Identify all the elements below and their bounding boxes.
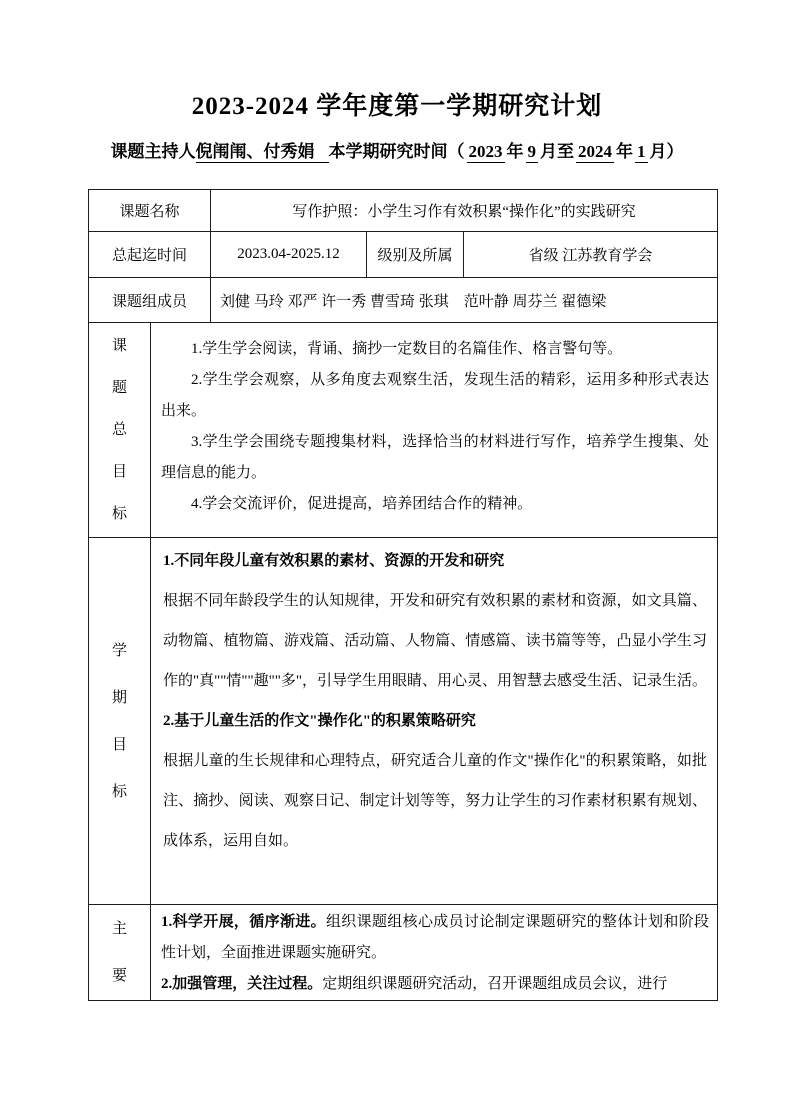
- semester-goal-heading: 2.基于儿童生活的作文"操作化"的积累策略研究: [163, 701, 707, 741]
- level-label: 级别及所属: [367, 232, 464, 278]
- semester-goals-content: 1.不同年段儿童有效积累的素材、资源的开发和研究 根据不同年龄段学生的认知规律，…: [151, 538, 718, 905]
- document-page: 2023-2024 学年度第一学期研究计划 课题主持人倪闱闱、付秀娟本学期研究时…: [0, 0, 794, 1108]
- overall-goal-item: 4.学会交流评价，促进提高，培养团结合作的精神。: [161, 489, 709, 520]
- research-plan-table: 课题名称 写作护照：小学生习作有效积累“操作化”的实践研究 总起迄时间 2023…: [88, 189, 718, 1001]
- end-month-underlined: 1: [635, 142, 648, 163]
- subtitle: 课题主持人倪闱闱、付秀娟本学期研究时间（2023年9月至2024年1月）: [0, 137, 794, 162]
- overall-goal-item: 2.学生学会观察，从多角度去观察生活，发现生活的精彩，运用多种形式表达出来。: [161, 365, 709, 427]
- row-topic-name: 课题名称 写作护照：小学生习作有效积累“操作化”的实践研究: [89, 190, 718, 232]
- topic-name-label: 课题名称: [89, 190, 211, 232]
- members-value: 刘健 马玲 邓严 许一秀 曹雪琦 张琪 范叶静 周芬兰 翟德梁: [211, 278, 718, 323]
- main-measures-label-chars: 主 要: [89, 921, 150, 984]
- start-month-underlined: 9: [526, 142, 539, 163]
- row-duration: 总起迄时间 2023.04-2025.12 级别及所属 省级 江苏教育学会: [89, 232, 718, 278]
- main-measures-label: 主 要: [89, 905, 151, 1001]
- topic-name-value: 写作护照：小学生习作有效积累“操作化”的实践研究: [211, 190, 718, 232]
- row-overall-goals: 课 题 总 目 标 1.学生学会阅读，背诵、摘抄一定数目的名篇佳作、格言警句等。…: [89, 323, 718, 538]
- semester-goals-label: 学 期 目 标: [89, 538, 151, 905]
- subtitle-prefix: 课题主持人: [111, 142, 196, 161]
- start-year-underlined: 2023: [467, 142, 505, 163]
- overall-goals-label: 课 题 总 目 标: [89, 323, 151, 538]
- page-title: 2023-2024 学年度第一学期研究计划: [0, 0, 794, 122]
- semester-goals-label-chars: 学 期 目 标: [89, 643, 150, 800]
- to-label: 月至: [540, 142, 574, 161]
- duration-value: 2023.04-2025.12: [211, 232, 367, 278]
- leaders-underlined: 倪闱闱、付秀娟: [196, 142, 329, 163]
- semester-goal-body: 根据儿童的生长规律和心理特点，研究适合儿童的作文"操作化"的积累策略，如批注、摘…: [163, 741, 707, 861]
- row-main-measures: 主 要 1.科学开展，循序渐进。组织课题组核心成员讨论制定课题研究的整体计划和阶…: [89, 905, 718, 1001]
- main-measures-content: 1.科学开展，循序渐进。组织课题组核心成员讨论制定课题研究的整体计划和阶段性计划…: [151, 905, 718, 1001]
- duration-label: 总起迄时间: [89, 232, 211, 278]
- level-value: 省级 江苏教育学会: [464, 232, 718, 278]
- overall-goal-item: 1.学生学会阅读，背诵、摘抄一定数目的名篇佳作、格言警句等。: [161, 334, 709, 365]
- overall-goals-label-chars: 课 题 总 目 标: [89, 338, 150, 522]
- end-year-underlined: 2024: [576, 142, 614, 163]
- subtitle-suffix: 月）: [650, 142, 684, 161]
- year-label-1: 年: [507, 142, 524, 161]
- semester-goal-heading: 1.不同年段儿童有效积累的素材、资源的开发和研究: [163, 541, 707, 581]
- overall-goal-item: 3.学生学会围绕专题搜集材料，选择恰当的材料进行写作，培养学生搜集、处理信息的能…: [161, 427, 709, 489]
- measure-item: 2.加强管理，关注过程。定期组织课题研究活动，召开课题组成员会议，进行: [161, 969, 709, 1000]
- subtitle-mid: 本学期研究时间（: [329, 142, 465, 161]
- row-members: 课题组成员 刘健 马玲 邓严 许一秀 曹雪琦 张琪 范叶静 周芬兰 翟德梁: [89, 278, 718, 323]
- measure-item: 1.科学开展，循序渐进。组织课题组核心成员讨论制定课题研究的整体计划和阶段性计划…: [161, 907, 709, 969]
- year-label-2: 年: [616, 142, 633, 161]
- semester-goal-body: 根据不同年龄段学生的认知规律，开发和研究有效积累的素材和资源，如文具篇、动物篇、…: [163, 581, 707, 701]
- row-semester-goals: 学 期 目 标 1.不同年段儿童有效积累的素材、资源的开发和研究 根据不同年龄段…: [89, 538, 718, 905]
- members-label: 课题组成员: [89, 278, 211, 323]
- overall-goals-content: 1.学生学会阅读，背诵、摘抄一定数目的名篇佳作、格言警句等。 2.学生学会观察，…: [151, 323, 718, 538]
